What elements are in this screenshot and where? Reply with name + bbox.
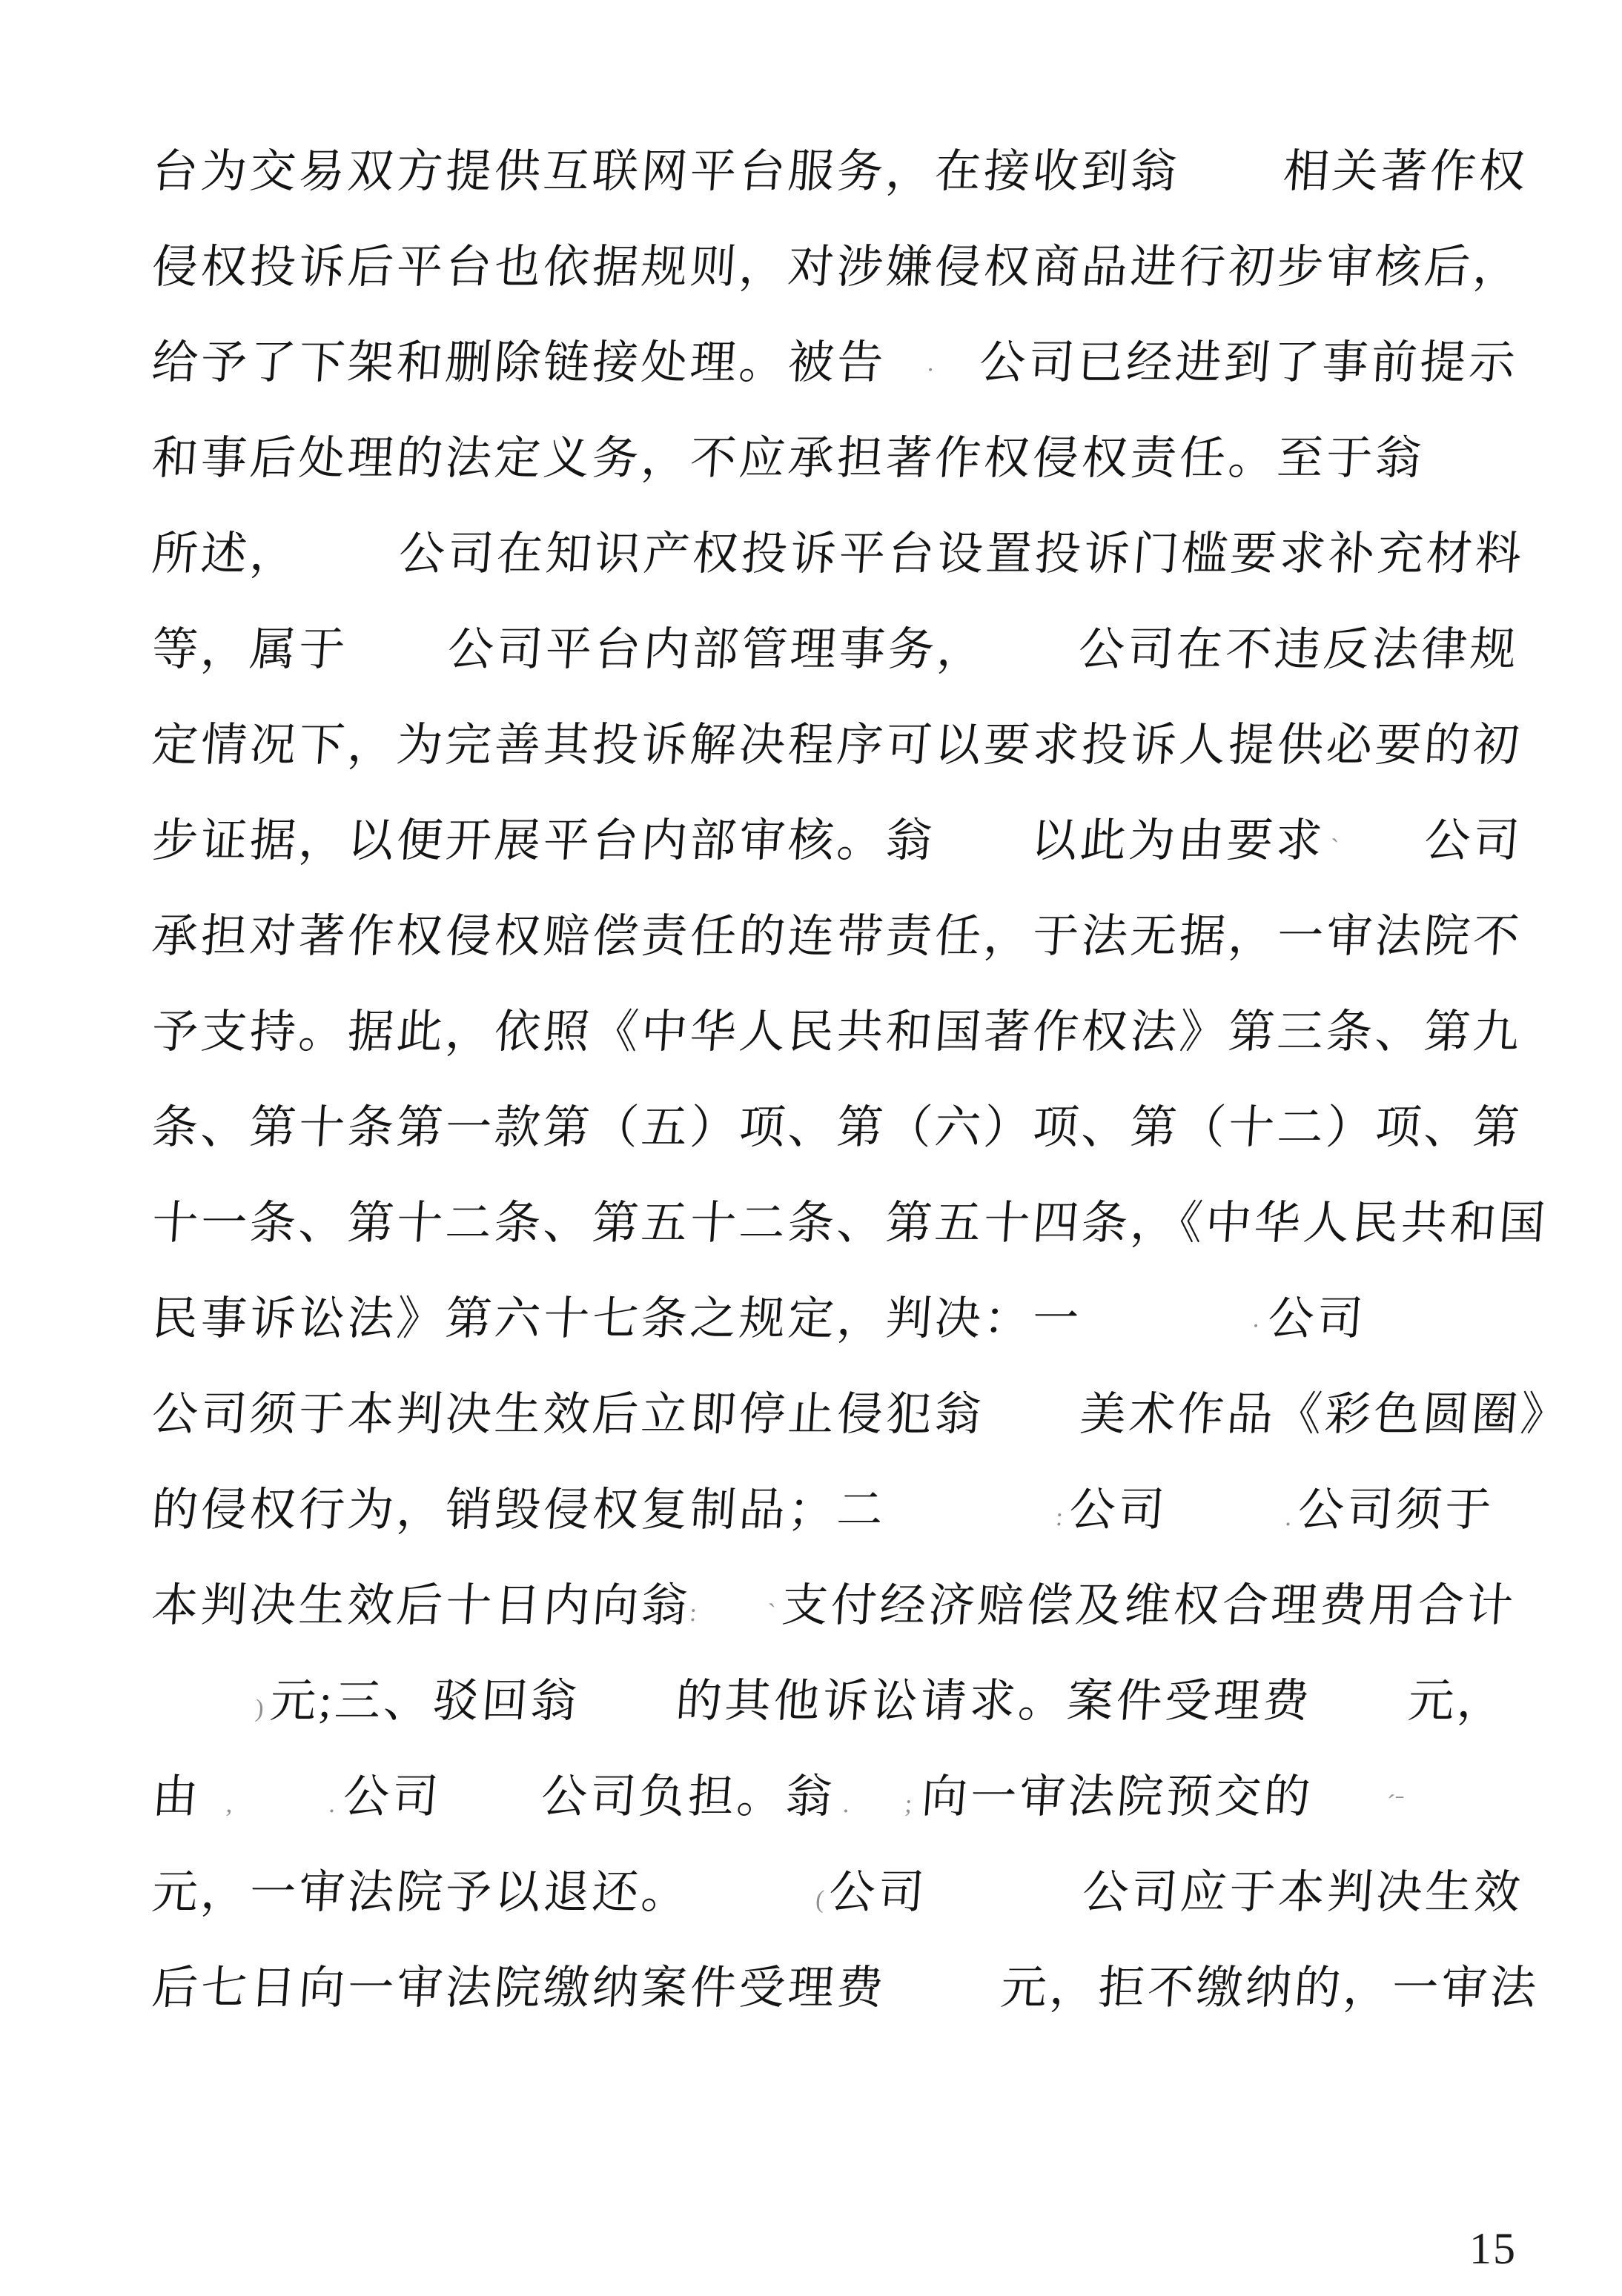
redacted-gap xyxy=(440,1811,540,1812)
redaction-artifact: ; xyxy=(904,1791,913,1818)
redacted-gap xyxy=(298,568,398,569)
text-segment: 公司在不违反法律规 xyxy=(1077,625,1521,675)
text-line: 公司须于本判决生效后立即停止侵犯翁美术作品《彩色圆圈》 xyxy=(148,1367,1560,1463)
page-number: 15 xyxy=(1469,2223,1517,2275)
text-segment: 公司应于本判决生效 xyxy=(1081,1868,1525,1918)
text-segment: 公司 xyxy=(1067,1485,1169,1536)
redacted-gap xyxy=(834,1811,843,1812)
text-segment: 元;三、驳回翁 xyxy=(268,1676,581,1727)
text-segment: 公司负担。翁 xyxy=(540,1772,837,1822)
text-line: 本判决生效后十日内向翁:`支付经济赔偿及维权合理费用合计 xyxy=(148,1559,1560,1654)
redacted-gap xyxy=(934,376,979,378)
redacted-gap xyxy=(885,376,926,378)
redacted-gap xyxy=(1179,185,1282,187)
text-segment: 公司在知识产权投诉平台设置投诉门槛要求补充材料 xyxy=(397,529,1526,580)
redaction-artifact: . xyxy=(842,1791,850,1818)
redacted-gap xyxy=(347,663,447,665)
redacted-gap xyxy=(578,1715,675,1716)
redacted-gap xyxy=(200,1811,226,1812)
redacted-gap xyxy=(1311,1715,1407,1716)
redacted-gap xyxy=(775,1619,781,1621)
redaction-artifact: · xyxy=(925,356,936,384)
redacted-gap xyxy=(849,1811,904,1812)
text-line: 十一条、第十二条、第五十二条、第五十四条，《中华人民共和国 xyxy=(148,1176,1560,1272)
text-segment: 公司须于本判决生效后立即停止侵犯翁 xyxy=(150,1390,986,1440)
redacted-gap xyxy=(885,1524,1056,1525)
text-segment: 的侵权行为，销毁侵权复制品；二 xyxy=(150,1485,888,1536)
text-line: 侵权投诉后平台也依据规则，对涉嫌侵权商品进行初步审核后， xyxy=(148,220,1560,316)
redaction-artifact: ( xyxy=(815,1886,825,1914)
text-segment: 由 xyxy=(150,1772,203,1822)
text-line: 元，一审法院予以退还。(公司公司应于本判决生效 xyxy=(148,1845,1560,1941)
text-segment: 台为交易双方提供互联网平台服务，在接收到翁 xyxy=(150,147,1182,197)
text-segment: 公司 xyxy=(827,1868,929,1918)
text-line: 台为交易双方提供互联网平台服务，在接收到翁相关著作权 xyxy=(148,125,1560,220)
redacted-gap xyxy=(696,1619,767,1621)
text-segment: 美术作品《彩色圆圈》 xyxy=(1079,1390,1572,1440)
text-segment: 所述， xyxy=(150,529,301,580)
text-segment: 的其他诉讼请求。案件受理费 xyxy=(674,1676,1314,1727)
text-segment: 相关著作权 xyxy=(1282,147,1530,197)
text-segment: 步证据，以便开展平台内部审核。翁 xyxy=(150,816,937,866)
redaction-artifact: · xyxy=(1251,1313,1261,1340)
text-segment: 条、第十条第一款第（五）项、第（六）项、第（十二）项、第 xyxy=(150,1103,1524,1153)
redaction-artifact: ´ˉ xyxy=(1386,1791,1404,1818)
redaction-artifact: . xyxy=(1285,1504,1293,1531)
text-segment: 民事诉讼法》第六十七条之规定，判决：一 xyxy=(150,1294,1084,1344)
text-segment: 公司 xyxy=(1423,816,1524,866)
redacted-gap xyxy=(689,1906,815,1908)
text-line: 给予了下架和删除链接处理。被告·公司已经进到了事前提示 xyxy=(148,316,1560,411)
redacted-gap xyxy=(1312,1811,1386,1812)
redacted-gap xyxy=(335,1811,342,1812)
text-segment: 给予了下架和删除链接处理。被告 xyxy=(150,338,888,388)
text-segment: 元，一审法院予以退还。 xyxy=(150,1868,692,1918)
redaction-artifact: ` xyxy=(1329,835,1340,862)
redacted-gap xyxy=(983,1428,1079,1430)
text-segment: 公司 xyxy=(1266,1294,1368,1344)
text-segment: 公司平台内部管理事务， xyxy=(446,625,988,675)
redacted-gap xyxy=(151,1715,255,1716)
text-segment: 侵权投诉后平台也依据规则，对涉嫌侵权商品进行初步审核后， xyxy=(150,242,1524,293)
redaction-artifact: : xyxy=(1055,1504,1064,1531)
redaction-artifact: , xyxy=(225,1791,234,1818)
text-segment: 等，属于 xyxy=(150,625,350,675)
redacted-gap xyxy=(926,1906,1082,1908)
text-segment: 向一审法院预交的 xyxy=(920,1772,1315,1822)
text-line: )元;三、驳回翁的其他诉讼请求。案件受理费元， xyxy=(148,1654,1560,1750)
document-page: 台为交易双方提供互联网平台服务，在接收到翁相关著作权侵权投诉后平台也依据规则，对… xyxy=(0,0,1622,2296)
text-line: 步证据，以便开展平台内部审核。翁以此为由要求`公司 xyxy=(148,794,1560,889)
text-line: 条、第十条第一款第（五）项、第（六）项、第（十二）项、第 xyxy=(148,1081,1560,1176)
redacted-gap xyxy=(934,855,1030,856)
text-line: 定情况下，为完善其投诉解决程序可以要求投诉人提供必要的初 xyxy=(148,698,1560,794)
redacted-gap xyxy=(912,1811,921,1812)
redacted-gap xyxy=(1166,1524,1285,1525)
text-segment: 元， xyxy=(1406,1676,1508,1727)
text-line: 予支持。据此，依照《中华人民共和国著作权法》第三条、第九 xyxy=(148,985,1560,1081)
text-line: 和事后处理的法定义务，不应承担著作权侵权责任。至于翁 xyxy=(148,411,1560,507)
text-segment: 定情况下，为完善其投诉解决程序可以要求投诉人提供必要的初 xyxy=(150,720,1524,771)
text-segment: 后七日向一审法院缴纳案件受理费 xyxy=(150,1963,888,2014)
redaction-artifact: . xyxy=(328,1791,337,1818)
redaction-artifact: ) xyxy=(254,1695,265,1722)
redacted-gap xyxy=(885,2002,1000,2003)
redacted-gap xyxy=(1324,855,1330,856)
redacted-gap xyxy=(232,1811,328,1812)
text-segment: 本判决生效后十日内向翁 xyxy=(150,1581,692,1631)
judgment-text-block: 台为交易双方提供互联网平台服务，在接收到翁相关著作权侵权投诉后平台也依据规则，对… xyxy=(152,125,1557,2037)
text-segment: 公司 xyxy=(342,1772,443,1822)
text-line: 的侵权行为，销毁侵权复制品；二:公司.公司须于 xyxy=(148,1463,1560,1559)
redacted-gap xyxy=(1081,1333,1251,1334)
text-segment: 公司须于 xyxy=(1297,1485,1496,1536)
text-line: 等，属于公司平台内部管理事务，公司在不违反法律规 xyxy=(148,603,1560,698)
redacted-gap xyxy=(1291,1524,1297,1525)
redaction-artifact: : xyxy=(689,1599,698,1627)
text-line: 后七日向一审法院缴纳案件受理费元，拒不缴纳的，一审法 xyxy=(148,1941,1560,2037)
text-segment: 承担对著作权侵权赔偿责任的连带责任，于法无据，一审法院不 xyxy=(150,912,1524,962)
text-segment: 十一条、第十二条、第五十二条、第五十四条，《中华人民共和国 xyxy=(150,1198,1550,1249)
redacted-gap xyxy=(1338,855,1423,856)
text-line: 所述，公司在知识产权投诉平台设置投诉门槛要求补充材料 xyxy=(148,507,1560,603)
text-line: 承担对著作权侵权赔偿责任的连带责任，于法无据，一审法院不 xyxy=(148,889,1560,985)
text-segment: 予支持。据此，依照《中华人民共和国著作权法》第三条、第九 xyxy=(150,1007,1524,1058)
text-segment: 和事后处理的法定义务，不应承担著作权侵权责任。至于翁 xyxy=(150,434,1426,484)
text-segment: 元，拒不缴纳的，一审法 xyxy=(999,1963,1541,2014)
text-segment: 支付经济赔偿及维权合理费用合计 xyxy=(780,1581,1517,1631)
text-segment: 公司已经进到了事前提示 xyxy=(978,338,1520,388)
text-segment: 以此为由要求 xyxy=(1030,816,1327,866)
text-line: 民事诉讼法》第六十七条之规定，判决：一·公司 xyxy=(148,1272,1560,1367)
redaction-artifact: ` xyxy=(767,1599,777,1627)
text-line: 由,.公司公司负担。翁.;向一审法院预交的´ˉ xyxy=(148,1750,1560,1845)
redacted-gap xyxy=(985,663,1078,665)
